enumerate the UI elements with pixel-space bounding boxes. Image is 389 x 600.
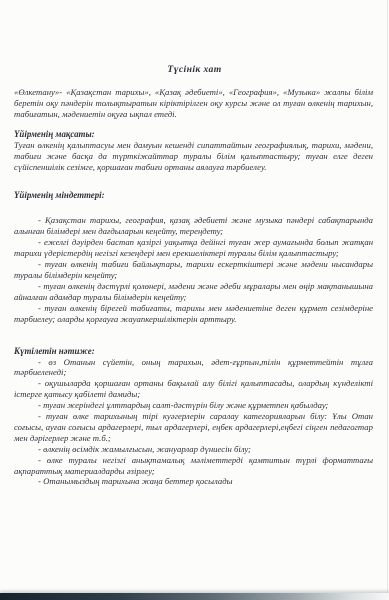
- bullet-item: - оқушыларда қоршаған ортаны бақылай алу…: [14, 378, 373, 400]
- section-body: Туған өлкенің қалыптасуы мен дамуын кеше…: [14, 140, 373, 173]
- page-title: Түсінік хат: [14, 64, 375, 75]
- text-column: «Өлкетану»- «Қазақстан тарихы», «Қазақ ә…: [14, 87, 373, 487]
- bullet-item: - Отанымыздың тарихына жаңа беттер қосыл…: [14, 476, 373, 487]
- bullet-item: - туған жеріндегі ұлттардың салт-дәстүрі…: [14, 400, 373, 411]
- bullet-item: - Қазақстан тарихы, география, қазақ әде…: [14, 215, 373, 237]
- bullet-item: - туған өлке тарихының тірі куәгерлерін …: [14, 411, 373, 444]
- section-heading: Үйірменің міндеттері:: [14, 190, 373, 201]
- bullet-item: - өлкенің өсімдік жамылғысын, жануарлар …: [14, 444, 373, 455]
- bullet-item: - өз Отанын сүйетін, оның тарихын, әдет-…: [14, 357, 373, 379]
- intro-paragraph: «Өлкетану»- «Қазақстан тарихы», «Қазақ ә…: [14, 87, 373, 120]
- bullet-item: - өлке туралы негізгі анықтамалық мәліме…: [14, 455, 373, 477]
- bullet-item: - туған өлкенің дәстүрлі қолөнері, мәден…: [14, 281, 373, 303]
- sections-container: Үйірменің мақсаты:Туған өлкенің қалыптас…: [14, 129, 373, 488]
- scan-right-edge: [387, 0, 388, 600]
- section: Күтілетін нәтиже:- өз Отанын сүйетін, он…: [14, 346, 373, 488]
- section: Үйірменің мақсаты:Туған өлкенің қалыптас…: [14, 129, 373, 173]
- bullet-item: - ежелгі дәуірден бастап қазіргі уақытқа…: [14, 237, 373, 259]
- section-heading: Үйірменің мақсаты:: [14, 129, 373, 140]
- section: Үйірменің міндеттері:- Қазақстан тарихы,…: [14, 190, 373, 324]
- bullet-item: - туған өлкенің табиғи байлықтары, тарих…: [14, 259, 373, 281]
- section-heading: Күтілетін нәтиже:: [14, 346, 373, 357]
- bullet-item: - туған өлкенің бірегей табиғаты, тарихы…: [14, 303, 373, 325]
- scan-edge-shadow: [0, 593, 389, 600]
- document-page: Түсінік хат «Өлкетану»- «Қазақстан тарих…: [0, 0, 389, 600]
